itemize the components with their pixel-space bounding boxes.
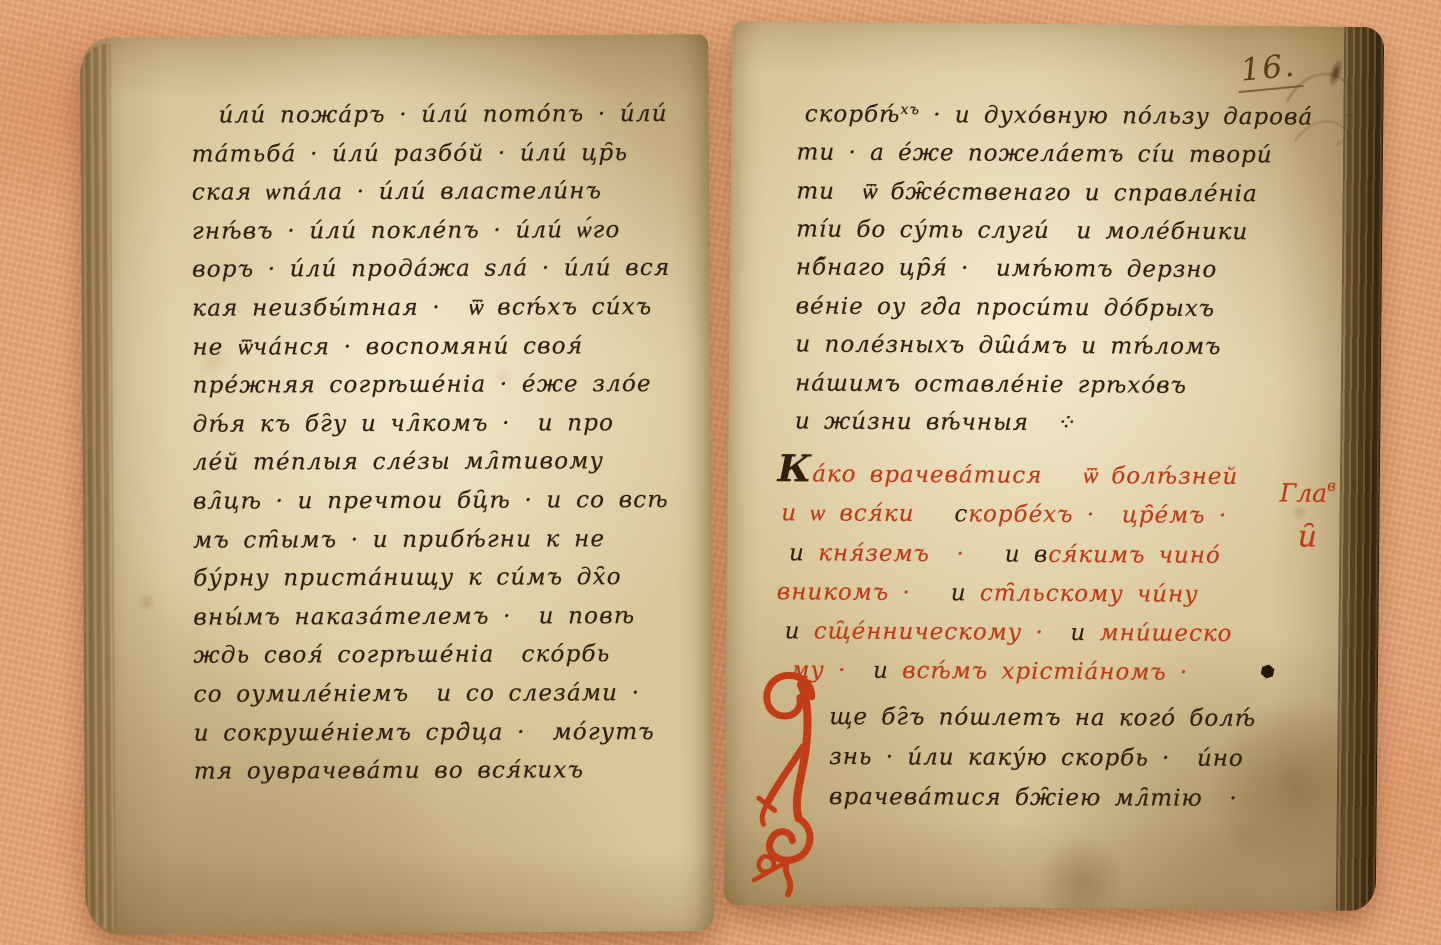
ink-text-segment: и: [785, 618, 801, 644]
ink-text-segment: не ѿча́нся · воспомяни́ своя́: [192, 333, 583, 360]
ink-text-segment: и в: [1005, 541, 1049, 567]
manuscript-text-line: Ка́ко врачева́тися ѿ болѣ́зней: [777, 450, 1240, 497]
manuscript-text-line: врачева́тися бж̑іею мл̑тію ·: [829, 777, 1256, 819]
ink-text-segment: ти ѿ бж̑е́ственаго и справле́ніа: [796, 178, 1258, 207]
ink-text-segment: и́ли́ пожа́ръ · и́ли́ пото́пъ · и́ли́: [219, 101, 668, 129]
ink-text-segment: и: [1070, 620, 1086, 646]
manuscript-text-line: ская ѡпа́ла · и́ли́ властели́нъ: [192, 172, 670, 212]
ink-text-segment: ская ѡпа́ла · и́ли́ властели́нъ: [192, 178, 602, 205]
manuscript-text-line: воръ · и́ли́ прода́жа ѕла́ · и́ли́ вся: [192, 249, 670, 289]
ink-text-segment: и жи́зни вѣ́чныя ⁘: [795, 408, 1076, 436]
ink-text-segment: со оумиле́ніемъ и со слеза́ми ·: [194, 680, 641, 708]
ink-text-segment: ті́и бо су́ть слуги́ и моле́бники: [796, 216, 1248, 245]
ink-text-segment: и: [873, 658, 889, 684]
ink-text-segment: нб̑наго цр̑я́ · имѣ́ютъ дерзно: [796, 255, 1218, 284]
ink-text-segment: та́тьба́ · и́ли́ разбо́й · и́ли́ цр̑ь: [192, 140, 628, 168]
manuscript-text-line: дѣ́я къ бг̑у и чл̑комъ · и про: [193, 404, 671, 444]
rubric-text-segment: мни́шеско: [1086, 620, 1232, 647]
chapter-label-superscript: в: [1327, 477, 1336, 495]
manuscript-text-line: ве́ніе оу гд̑а проси́ти до́брыхъ: [796, 287, 1313, 329]
manuscript-text-line: нб̑наго цр̑я́ · имѣ́ютъ дерзно: [796, 249, 1313, 291]
manuscript-text-line: та́тьба́ · и́ли́ разбо́й · и́ли́ цр̑ь: [192, 134, 670, 174]
left-page: и́ли́ пожа́ръ · и́ли́ пото́пъ · и́ли́та́…: [80, 34, 713, 935]
right-page: 16. скорбѣ́хъ · и духо́вную по́льзу даро…: [724, 21, 1382, 911]
rubric-text-segment: всѣ́мъ хрістіа́номъ ·: [889, 658, 1189, 686]
manuscript-text-line: мъ ст̑ымъ · и прибѣ́гни к не: [193, 519, 671, 559]
manuscript-text-line: и жи́зни вѣ́чныя ⁘: [795, 402, 1312, 444]
manuscript-text-line: со оумиле́ніемъ и со слеза́ми ·: [194, 674, 672, 714]
manuscript-text-line: ти ѿ бж̑е́ственаго и справле́ніа: [796, 172, 1313, 214]
rubric-text-segment: ѿ болѣ́зней: [1082, 463, 1238, 490]
rubric-text-segment: и ѡ вся́ки: [781, 500, 954, 527]
ink-text-segment: кая неизбы́тная · ѿ всѣ́хъ си́хъ: [192, 294, 652, 322]
ink-text-segment: скорбѣ́: [805, 101, 901, 128]
manuscript-text-line: ждь своя́ согрѣше́ніа ско́рбь: [193, 635, 671, 675]
right-page-text-bottom: ще бг̑ъ по́шлетъ на кого́ болѣ́знь · и́л…: [829, 697, 1256, 819]
ink-text-segment: врачева́тися бж̑іею мл̑тію ·: [829, 784, 1238, 812]
manuscript-text-line: ще бг̑ъ по́шлетъ на кого́ болѣ́: [829, 697, 1256, 739]
manuscript-text-line: и сщ̑е́нническому · и мни́шеско: [776, 612, 1239, 654]
manuscript-text-line: и поле́зныхъ дш̑а́мъ и тѣ́ломъ: [795, 326, 1312, 368]
manuscript-photo: { "document_type": "manuscript-codex-ope…: [0, 0, 1441, 945]
manuscript-text-line: скорбѣ́хъ · и духо́вную по́льзу дарова́: [797, 90, 1314, 136]
ink-text-segment: на́шимъ оставле́ніе грѣхо́въ: [795, 370, 1187, 398]
manuscript-text-line: му · и всѣ́мъ хрістіа́номъ ·: [776, 652, 1239, 694]
manuscript-text-line: вны́мъ наказа́телемъ · и повѣ: [193, 597, 671, 637]
manuscript-text-line: ті́и бо су́ть слуги́ и моле́бники: [796, 210, 1313, 252]
rubric-text-segment: кня́земъ ·: [805, 540, 1005, 567]
ink-text-segment: вны́мъ наказа́телемъ · и повѣ: [193, 603, 635, 631]
ink-text-segment: мъ ст̑ымъ · и прибѣ́гни к не: [193, 526, 605, 553]
ink-text-segment: ждь своя́ согрѣше́ніа ско́рбь: [193, 641, 610, 668]
manuscript-text-line: вникомъ · и ст̑льскому чи́ну: [777, 573, 1240, 615]
chapter-label: Гла: [1280, 478, 1328, 507]
ink-text-segment: и: [789, 540, 805, 566]
rubric-text-segment: сщ̑е́нническому ·: [800, 618, 1070, 646]
manuscript-text-line: ти · а е́же пожела́етъ сі́и твори́: [796, 134, 1313, 176]
ink-text-segment: ве́ніе оу гд̑а проси́ти до́брыхъ: [796, 293, 1216, 322]
ink-text-segment: и: [951, 580, 967, 606]
rubric-text-segment: цр̑е́мъ ·: [1122, 503, 1241, 530]
manuscript-text-line: гнѣ́въ · и́ли́ покле́пъ · и́ли́ ѡ́го: [192, 211, 670, 251]
rubric-heading: Ка́ко врачева́тися ѿ болѣ́знейи ѡ вся́ки…: [776, 450, 1241, 694]
section-end-mark: ⬢: [1258, 661, 1277, 684]
ink-text-segment: гнѣ́въ · и́ли́ покле́пъ · и́ли́ ѡ́го: [192, 217, 621, 244]
ink-text-segment: ти · а е́же пожела́етъ сі́и твори́: [797, 140, 1273, 169]
ink-text-segment: ле́й те́плыя сле́зы мл̑тивому: [193, 449, 604, 476]
ink-text-segment: пре́жняя согрѣше́ніа · е́же зло́е: [193, 371, 652, 399]
ink-text-segment: тя оуврачева́ти во вся́кихъ: [194, 757, 584, 784]
manuscript-text-line: бу́рну приста́нищу к си́мъ дх̑о: [193, 558, 671, 598]
manuscript-text-line: и ѡ вся́ки скорбе́хъ · цр̑е́мъ ·: [777, 494, 1240, 536]
ink-text-segment: вл̑цѣ · и пречтои бц̑ѣ · и со всѣ: [193, 487, 669, 515]
rubric-text-segment: ст̑льскому чи́ну: [966, 580, 1198, 607]
chapter-number: и̑: [1279, 521, 1335, 553]
manuscript-text-line: не ѿча́нся · воспомяни́ своя́: [192, 327, 670, 367]
manuscript-text-line: пре́жняя согрѣше́ніа · е́же зло́е: [192, 365, 670, 405]
ink-text-segment: воръ · и́ли́ прода́жа ѕла́ · и́ли́ вся: [192, 255, 670, 283]
ink-text-segment: дѣ́я къ бг̑у и чл̑комъ · и про: [193, 410, 615, 437]
left-page-text: и́ли́ пожа́ръ · и́ли́ пото́пъ · и́ли́та́…: [192, 95, 673, 791]
rubric-text-segment: корбе́хъ ·: [968, 502, 1122, 529]
manuscript-text-line: вл̑цѣ · и пречтои бц̑ѣ · и со всѣ: [193, 481, 671, 521]
chapter-margin-note: Глав и̑: [1279, 478, 1336, 553]
ink-text-segment: и сокруше́ніемъ срд̑ца · мо́гутъ: [194, 719, 655, 747]
manuscript-text-line: и кня́земъ · и вся́кимъ чино́: [777, 534, 1240, 576]
manuscript-text-line: тя оуврачева́ти во вся́кихъ: [194, 751, 672, 791]
ink-text-segment: К: [777, 446, 812, 490]
ink-text-segment: хъ: [900, 102, 920, 118]
ink-text-segment: бу́рну приста́нищу к си́мъ дх̑о: [193, 564, 622, 591]
rubric-text-segment: ся́кимъ чино́: [1048, 541, 1221, 568]
rubric-text-segment: а́ко врачева́тися: [812, 461, 1082, 489]
ink-text-segment: и поле́зныхъ дш̑а́мъ и тѣ́ломъ: [795, 332, 1221, 361]
manuscript-text-line: и сокруше́ніемъ срд̑ца · мо́гутъ: [194, 712, 672, 752]
right-page-text-top: скорбѣ́хъ · и духо́вную по́льзу дарова́т…: [795, 90, 1313, 444]
ink-text-segment: знь · и́ли каку́ю скорбь · и́но: [829, 744, 1244, 772]
rubric-text-segment: вникомъ ·: [777, 579, 951, 606]
ink-text-segment: с: [954, 502, 968, 528]
manuscript-text-line: и́ли́ пожа́ръ · и́ли́ пото́пъ · и́ли́: [192, 95, 670, 135]
manuscript-text-line: ле́й те́плыя сле́зы мл̑тивому: [193, 442, 671, 482]
manuscript-text-line: знь · и́ли каку́ю скорбь · и́но: [829, 737, 1256, 779]
manuscript-text-line: кая неизбы́тная · ѿ всѣ́хъ си́хъ: [192, 288, 670, 328]
ink-text-segment: ще бг̑ъ по́шлетъ на кого́ болѣ́: [829, 704, 1256, 732]
manuscript-text-line: на́шимъ оставле́ніе грѣхо́въ: [795, 364, 1312, 406]
ink-text-segment: · и духо́вную по́льзу дарова́: [920, 102, 1313, 130]
